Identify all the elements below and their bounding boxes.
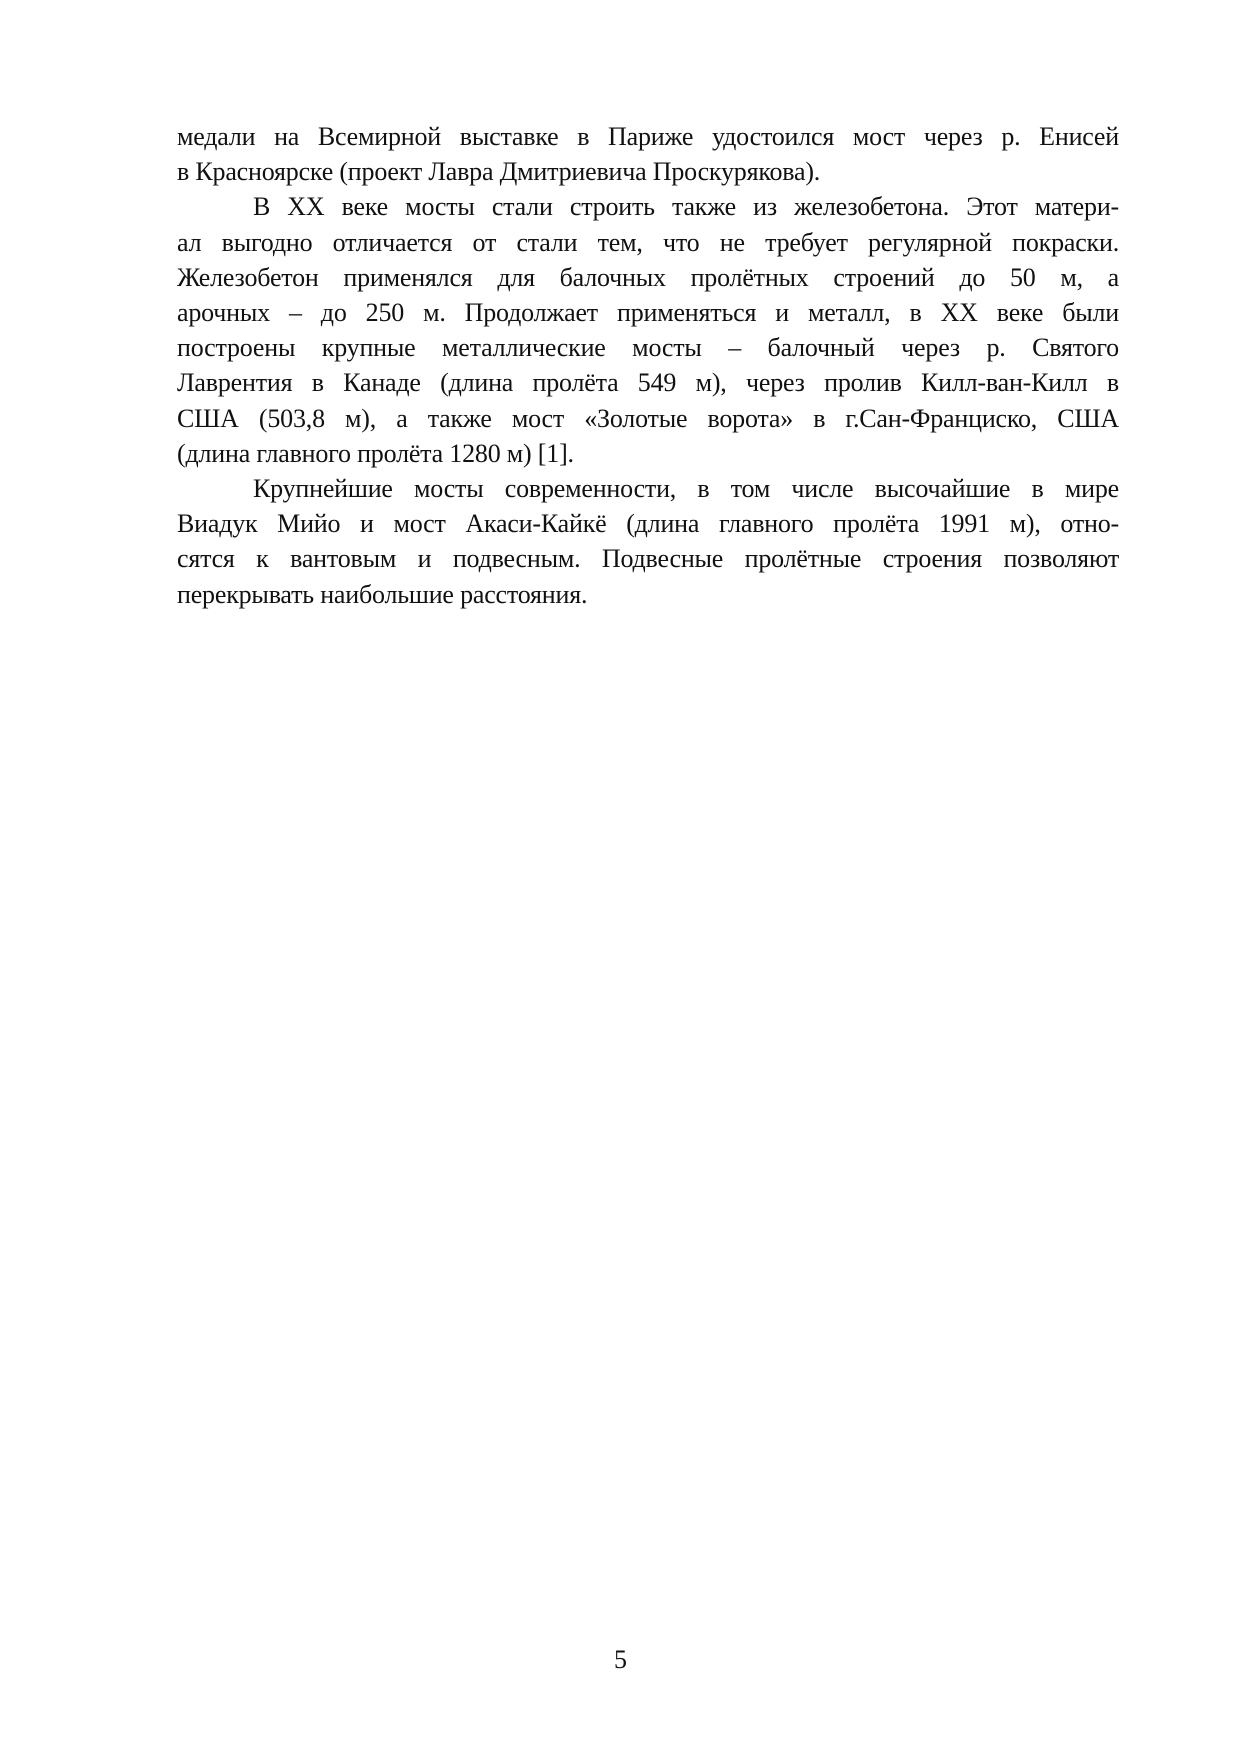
- text-line: сятся к вантовым и подвесным. Подвесные …: [177, 541, 1119, 576]
- text-line: США (503,8 м), а также мост «Золотые вор…: [177, 401, 1119, 436]
- text-line: Лаврентия в Канаде (длина пролёта 549 м)…: [177, 365, 1119, 400]
- text-line: арочных – до 250 м. Продолжает применять…: [177, 295, 1119, 330]
- paragraph-2: В XX веке мосты стали строить также из ж…: [177, 189, 1119, 471]
- text-line: Крупнейшие мосты современности, в том чи…: [177, 471, 1119, 506]
- text-line: медали на Всемирной выставке в Париже уд…: [177, 119, 1119, 154]
- text-line: перекрывать наибольшие расстояния.: [177, 577, 1119, 612]
- page-number: 5: [0, 1645, 1241, 1675]
- body-text: медали на Всемирной выставке в Париже уд…: [177, 119, 1119, 612]
- text-line: построены крупные металлические мосты – …: [177, 330, 1119, 365]
- text-line: В XX веке мосты стали строить также из ж…: [177, 189, 1119, 224]
- paragraph-1: медали на Всемирной выставке в Париже уд…: [177, 119, 1119, 189]
- paragraph-3: Крупнейшие мосты современности, в том чи…: [177, 471, 1119, 612]
- text-line: в Красноярске (проект Лавра Дмитриевича …: [177, 154, 1119, 189]
- text-line: Железобетон применялся для балочных прол…: [177, 260, 1119, 295]
- text-line: Виадук Мийо и мост Акаси-Кайкё (длина гл…: [177, 506, 1119, 541]
- text-line: (длина главного пролёта 1280 м) [1].: [177, 436, 1119, 471]
- text-line: ал выгодно отличается от стали тем, что …: [177, 225, 1119, 260]
- document-page: медали на Всемирной выставке в Париже уд…: [0, 0, 1241, 1754]
